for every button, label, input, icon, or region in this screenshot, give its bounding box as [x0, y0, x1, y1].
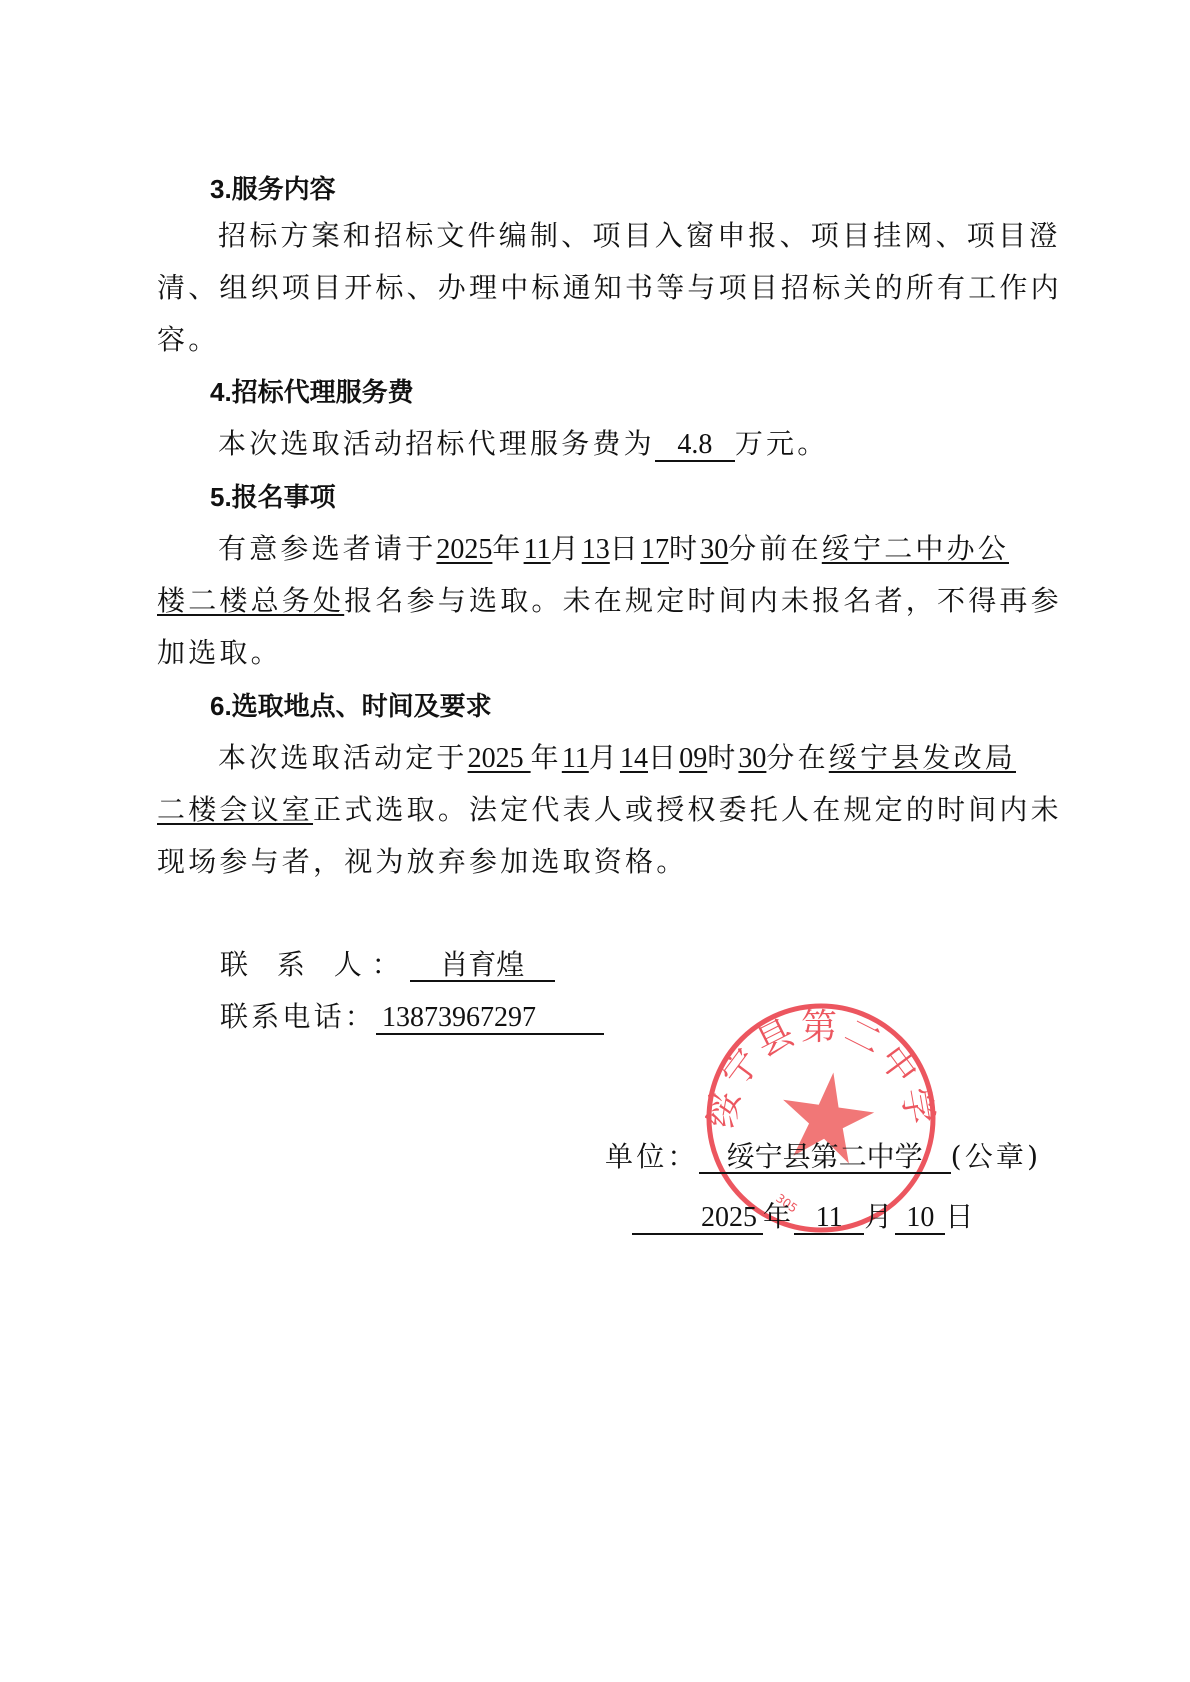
- fee-amount: 4.8: [655, 430, 735, 462]
- section-5-line-1: 有意参选者请于2025年11月13日17时30分前在绥宁二中办公: [218, 532, 1009, 567]
- selection-place-a: 绥宁县发改局: [829, 741, 1016, 774]
- registration-minute: 30: [700, 534, 728, 565]
- signature-unit-name: 绥宁县第二中学: [699, 1142, 951, 1174]
- selection-intro: 本次选取活动定于: [218, 741, 468, 774]
- section-3-heading: 3.服务内容: [210, 172, 336, 206]
- contact-phone-label: 联系电话：: [220, 1000, 376, 1033]
- day-unit: 日: [945, 1200, 976, 1233]
- selection-hour: 09: [679, 743, 707, 774]
- signature-day: 10: [895, 1203, 945, 1235]
- month-unit: 月: [864, 1200, 895, 1233]
- selection-rest: 正式选取。法定代表人或授权委托人在规定的时间内未: [313, 793, 1062, 826]
- section-6-line-2: 二楼会议室正式选取。法定代表人或授权委托人在规定的时间内未: [157, 793, 1062, 827]
- signature-date-line: 2025年11月10日: [632, 1200, 977, 1235]
- signature-unit-line: 单位：绥宁县第二中学(公章): [605, 1140, 1041, 1174]
- hour-unit: 时: [707, 741, 738, 774]
- registration-month: 11: [524, 534, 551, 565]
- section-4-heading: 4.招标代理服务费: [210, 375, 414, 409]
- contact-person-name: 肖育煌: [410, 950, 555, 982]
- selection-place-b: 二楼会议室: [157, 793, 313, 826]
- registration-year: 2025: [436, 534, 492, 565]
- hour-unit: 时: [669, 532, 700, 565]
- selection-month: 11: [562, 743, 589, 774]
- year-unit: 年: [531, 741, 562, 774]
- signature-year: 2025: [632, 1203, 763, 1235]
- contact-phone-number: 13873967297: [376, 1003, 604, 1035]
- section-5-line-3: 加选取。: [157, 636, 282, 670]
- day-unit: 日: [648, 741, 679, 774]
- selection-minute: 30: [738, 743, 766, 774]
- section-6-line-3: 现场参与者，视为放弃参加选取资格。: [157, 845, 687, 879]
- signature-unit-label: 单位：: [605, 1140, 699, 1173]
- section-3-line-3: 容。: [157, 323, 219, 357]
- signature-seal-note: (公章): [951, 1140, 1042, 1173]
- year-unit: 年: [763, 1200, 794, 1233]
- section-5-heading: 5.报名事项: [210, 480, 336, 514]
- fee-prefix: 本次选取活动招标代理服务费为: [218, 427, 655, 460]
- minute-unit: 分前在: [728, 532, 822, 565]
- selection-year: 2025: [468, 743, 531, 774]
- registration-hour: 17: [641, 534, 669, 565]
- section-6-line-1: 本次选取活动定于2025 年11月14日09时30分在绥宁县发改局: [218, 741, 1016, 776]
- month-unit: 月: [551, 532, 582, 565]
- registration-place-b: 楼二楼总务处: [157, 584, 344, 617]
- contact-phone-line: 联系电话：13873967297: [220, 1000, 604, 1035]
- section-4-fee-line: 本次选取活动招标代理服务费为4.8万元。: [218, 427, 828, 462]
- section-5-line-2: 楼二楼总务处报名参与选取。未在规定时间内未报名者，不得再参: [157, 584, 1062, 618]
- registration-day: 13: [582, 534, 610, 565]
- year-unit: 年: [492, 532, 523, 565]
- day-unit: 日: [610, 532, 641, 565]
- registration-place-a: 绥宁二中办公: [822, 532, 1009, 565]
- contact-person-line: 联 系 人：肖育煌: [220, 948, 555, 982]
- registration-intro: 有意参选者请于: [218, 532, 436, 565]
- registration-rest: 报名参与选取。未在规定时间内未报名者，不得再参: [344, 584, 1062, 617]
- section-6-heading: 6.选取地点、时间及要求: [210, 689, 492, 723]
- section-3-line-1: 招标方案和招标文件编制、项目入窗申报、项目挂网、项目澄: [218, 219, 1060, 253]
- section-3-line-2: 清、组织项目开标、办理中标通知书等与项目招标关的所有工作内: [157, 271, 1062, 305]
- minute-unit: 分在: [766, 741, 828, 774]
- selection-day: 14: [620, 743, 648, 774]
- month-unit: 月: [589, 741, 620, 774]
- svg-text:绥宁县第二中学: 绥宁县第二中学: [705, 1007, 937, 1131]
- signature-month: 11: [794, 1203, 864, 1235]
- fee-suffix: 万元。: [735, 427, 829, 460]
- contact-person-label: 联 系 人：: [220, 948, 410, 981]
